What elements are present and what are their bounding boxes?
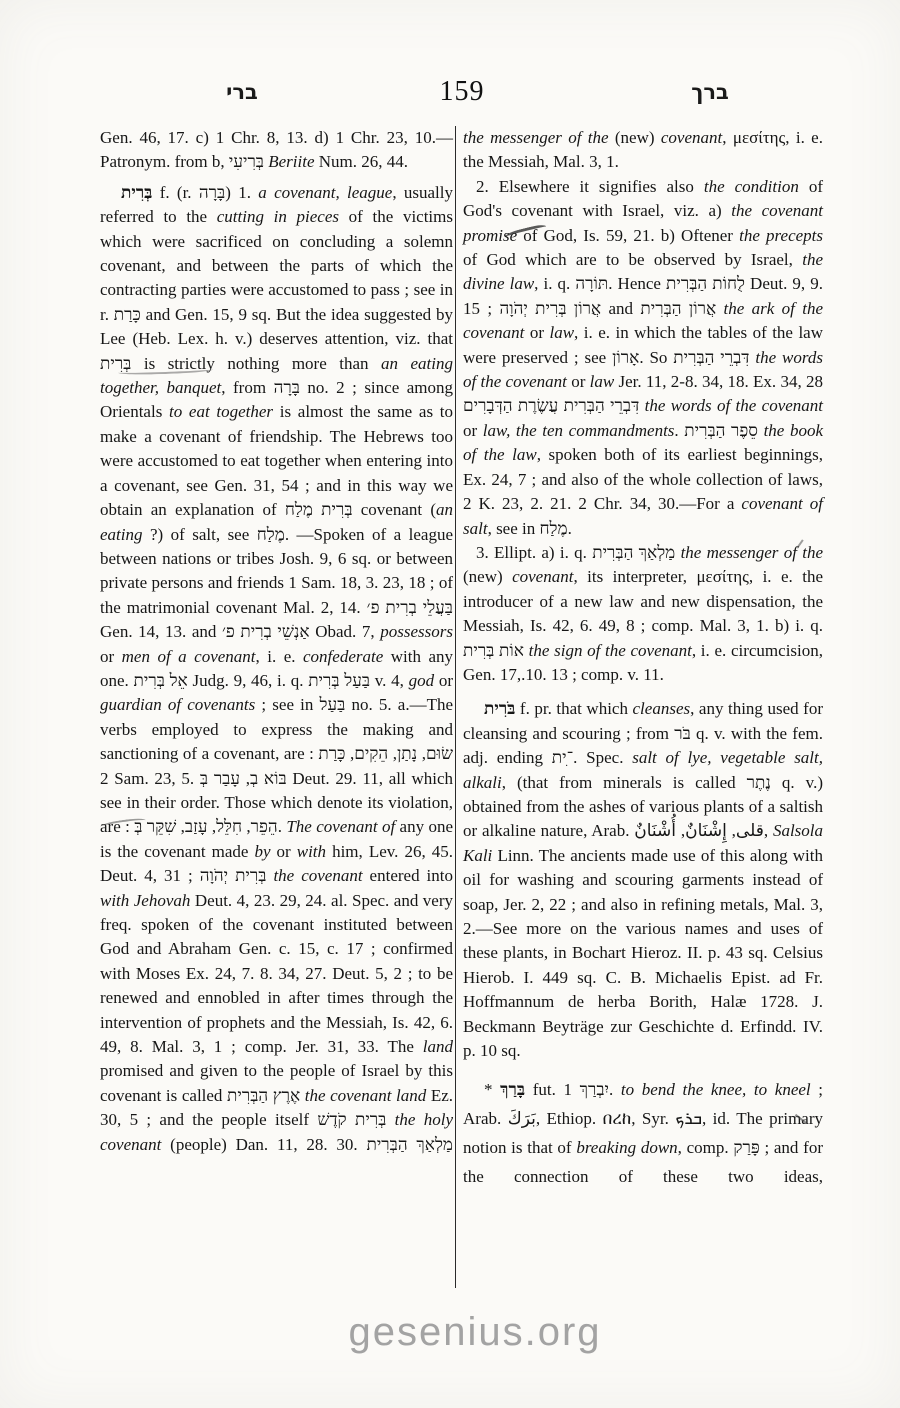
scanned-lexicon-page: ברי 159 ברך Gen. 46, 17. c) 1 Chr. 8, 13… (0, 0, 900, 1408)
header-catchword-left: ברי (172, 80, 312, 104)
header-catchword-right: ברך (640, 80, 780, 104)
page-number: 159 (392, 76, 532, 108)
entry-barakh-kneel: * בָּרַךְ fut. יִבְרַךְ 1. to bend the k… (463, 1075, 823, 1191)
entry-berith-covenant: בְּרִית f. (r. בָּרָה) 1. a covenant, le… (100, 181, 453, 1157)
left-column: Gen. 46, 17. c) 1 Chr. 8, 13. d) 1 Chr. … (100, 126, 453, 1288)
entry-borith-cleanser: בֹּרִית f. pr. that which cleanses, any … (463, 697, 823, 1063)
running-head: ברי 159 ברך (0, 76, 900, 116)
text-block: Gen. 46, 17. c) 1 Chr. 8, 13. d) 1 Chr. … (100, 126, 824, 1288)
watermark-text: gesenius.org (25, 1310, 900, 1355)
right-column: the messenger of the (new) covenant, μεσ… (456, 126, 823, 1288)
sense-2-condition: 2. Elsewhere it signifies also the condi… (463, 175, 823, 541)
paragraph-continuation-messenger: the messenger of the (new) covenant, μεσ… (463, 126, 823, 175)
paragraph-continuation-beriah: Gen. 46, 17. c) 1 Chr. 8, 13. d) 1 Chr. … (100, 126, 453, 175)
sense-3-ellipt: 3. Ellipt. a) i. q. מַלְאַךְ הַבְּרִית t… (463, 541, 823, 687)
